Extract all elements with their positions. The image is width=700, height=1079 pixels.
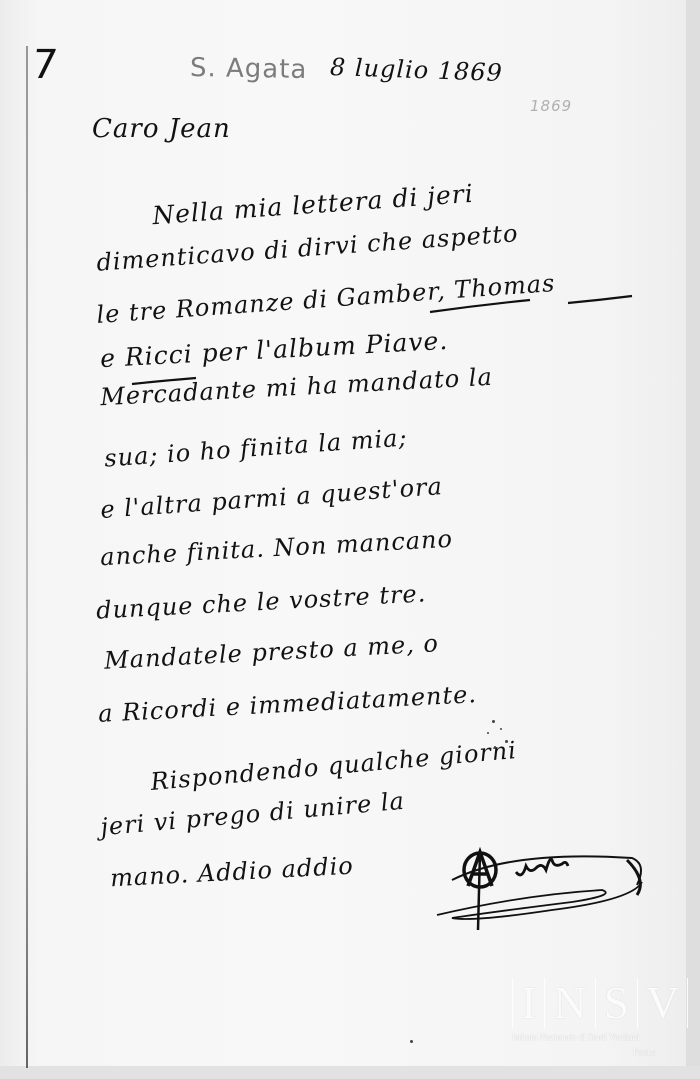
insv-watermark: I N S V Istituto Nazionale di Studi Verd… [512,978,662,1058]
ink-speck [500,728,502,730]
watermark-city: Parma [512,1047,662,1058]
ink-speck [494,746,496,748]
watermark-letters: I N S V [512,978,662,1028]
watermark-letter: V [638,978,688,1028]
ink-speck [492,720,495,723]
ink-speck [487,732,489,734]
watermark-letter: I [513,978,545,1028]
watermark-institution: Istituto Nazionale di Studi Verdiani [512,1032,662,1043]
ink-speck [410,1040,413,1043]
watermark-letter: S [596,978,639,1028]
ink-speck [505,740,508,743]
signature-icon [432,840,652,935]
watermark-letter: N [545,978,595,1028]
